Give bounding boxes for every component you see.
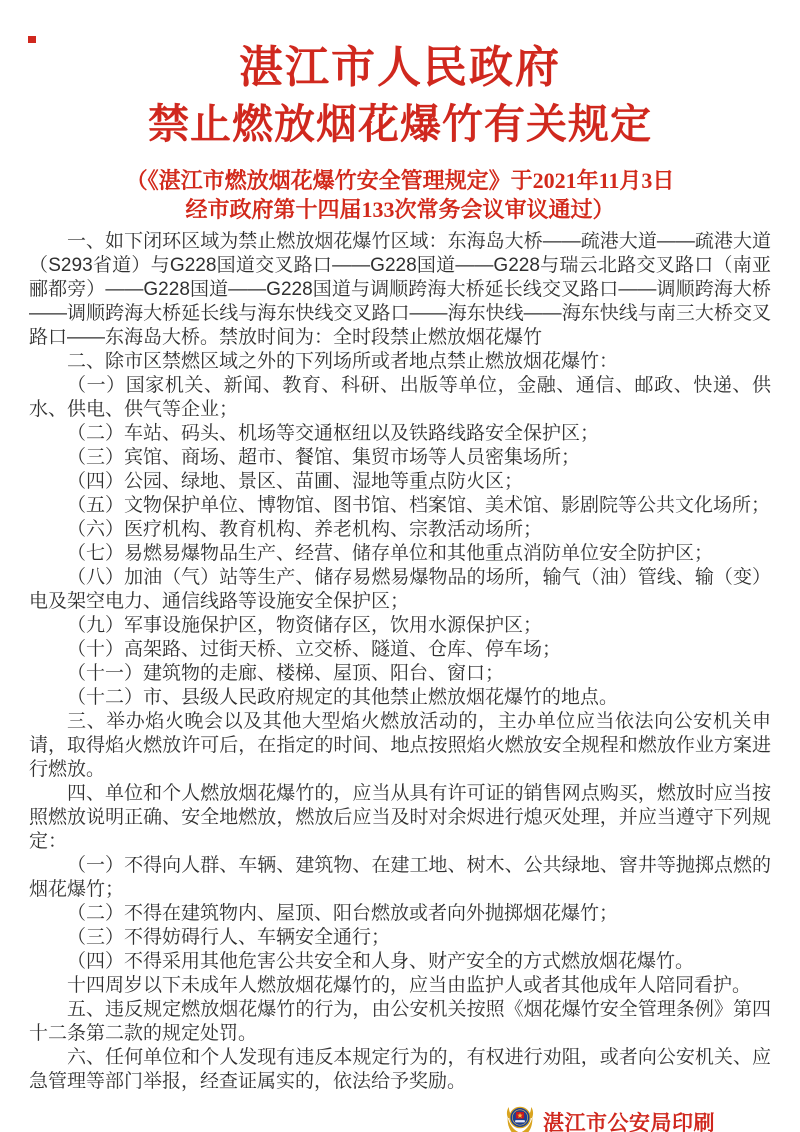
paragraph: （四）不得采用其他危害公共安全和人身、财产安全的方式燃放烟花爆竹。 <box>29 950 771 974</box>
paragraph: （三）宾馆、商场、超市、餐馆、集贸市场等人员密集场所； <box>29 446 771 470</box>
title-line-2: 禁止燃放烟花爆竹有关规定 <box>29 96 771 152</box>
paragraph: （九）军事设施保护区，物资储存区，饮用水源保护区； <box>29 614 771 638</box>
paragraph: （一）不得向人群、车辆、建筑物、在建工地、树木、公共绿地、窨井等抛掷点燃的烟花爆… <box>29 854 771 902</box>
paragraph: 十四周岁以下未成年人燃放烟花爆竹的，应当由监护人或者其他成年人陪同看护。 <box>29 974 771 998</box>
paragraph: 四、单位和个人燃放烟花爆竹的，应当从具有许可证的销售网点购买，燃放时应当按照燃放… <box>29 782 771 854</box>
paragraph: （十一）建筑物的走廊、楼梯、屋顶、阳台、窗口； <box>29 662 771 686</box>
paragraph: （七）易燃易爆物品生产、经营、储存单位和其他重点消防单位安全防护区； <box>29 542 771 566</box>
paragraph: （三）不得妨碍行人、车辆安全通行； <box>29 926 771 950</box>
subtitle-line-1: （《湛江市燃放烟花爆竹安全管理规定》于2021年11月3日 <box>29 166 771 195</box>
paragraph: 三、举办焰火晚会以及其他大型焰火燃放活动的，主办单位应当依法向公安机关申请，取得… <box>29 710 771 782</box>
subtitle: （《湛江市燃放烟花爆竹安全管理规定》于2021年11月3日 经市政府第十四届13… <box>29 166 771 224</box>
paragraph: （六）医疗机构、教育机构、养老机构、宗教活动场所； <box>29 518 771 542</box>
paragraph: （十）高架路、过街天桥、立交桥、隧道、仓库、停车场； <box>29 638 771 662</box>
footer: 湛江市公安局印刷 <box>29 1104 771 1132</box>
paragraph: （八）加油（气）站等生产、储存易燃易爆物品的场所，输气（油）管线、输（变）电及架… <box>29 566 771 614</box>
paragraph: （一）国家机关、新闻、教育、科研、出版等单位，金融、通信、邮政、快递、供水、供电… <box>29 374 771 422</box>
page-title: 湛江市人民政府 禁止燃放烟花爆竹有关规定 <box>29 40 771 152</box>
document-page: 湛江市人民政府 禁止燃放烟花爆竹有关规定 （《湛江市燃放烟花爆竹安全管理规定》于… <box>0 0 800 1132</box>
paragraph: （四）公园、绿地、景区、苗圃、湿地等重点防火区； <box>29 470 771 494</box>
footer-label: 湛江市公安局印刷 <box>543 1107 715 1132</box>
corner-mark <box>28 36 36 43</box>
paragraph: （二）车站、码头、机场等交通枢纽以及铁路线路安全保护区； <box>29 422 771 446</box>
paragraph: （二）不得在建筑物内、屋顶、阳台燃放或者向外抛掷烟花爆竹； <box>29 902 771 926</box>
paragraph: （五）文物保护单位、博物馆、图书馆、档案馆、美术馆、影剧院等公共文化场所； <box>29 494 771 518</box>
paragraph: （十二）市、县级人民政府规定的其他禁止燃放烟花爆竹的地点。 <box>29 686 771 710</box>
paragraph: 二、除市区禁燃区域之外的下列场所或者地点禁止燃放烟花爆竹： <box>29 350 771 374</box>
paragraph: 一、如下闭环区域为禁止燃放烟花爆竹区域：东海岛大桥——疏港大道——疏港大道（S2… <box>29 230 771 350</box>
police-badge-icon <box>505 1104 535 1132</box>
subtitle-line-2: 经市政府第十四届133次常务会议审议通过） <box>29 195 771 224</box>
paragraph: 六、任何单位和个人发现有违反本规定行为的，有权进行劝阻，或者向公安机关、应急管理… <box>29 1046 771 1094</box>
paragraph: 五、违反规定燃放烟花爆竹的行为，由公安机关按照《烟花爆竹安全管理条例》第四十二条… <box>29 998 771 1046</box>
document-body: 一、如下闭环区域为禁止燃放烟花爆竹区域：东海岛大桥——疏港大道——疏港大道（S2… <box>29 230 771 1094</box>
title-line-1: 湛江市人民政府 <box>29 40 771 96</box>
